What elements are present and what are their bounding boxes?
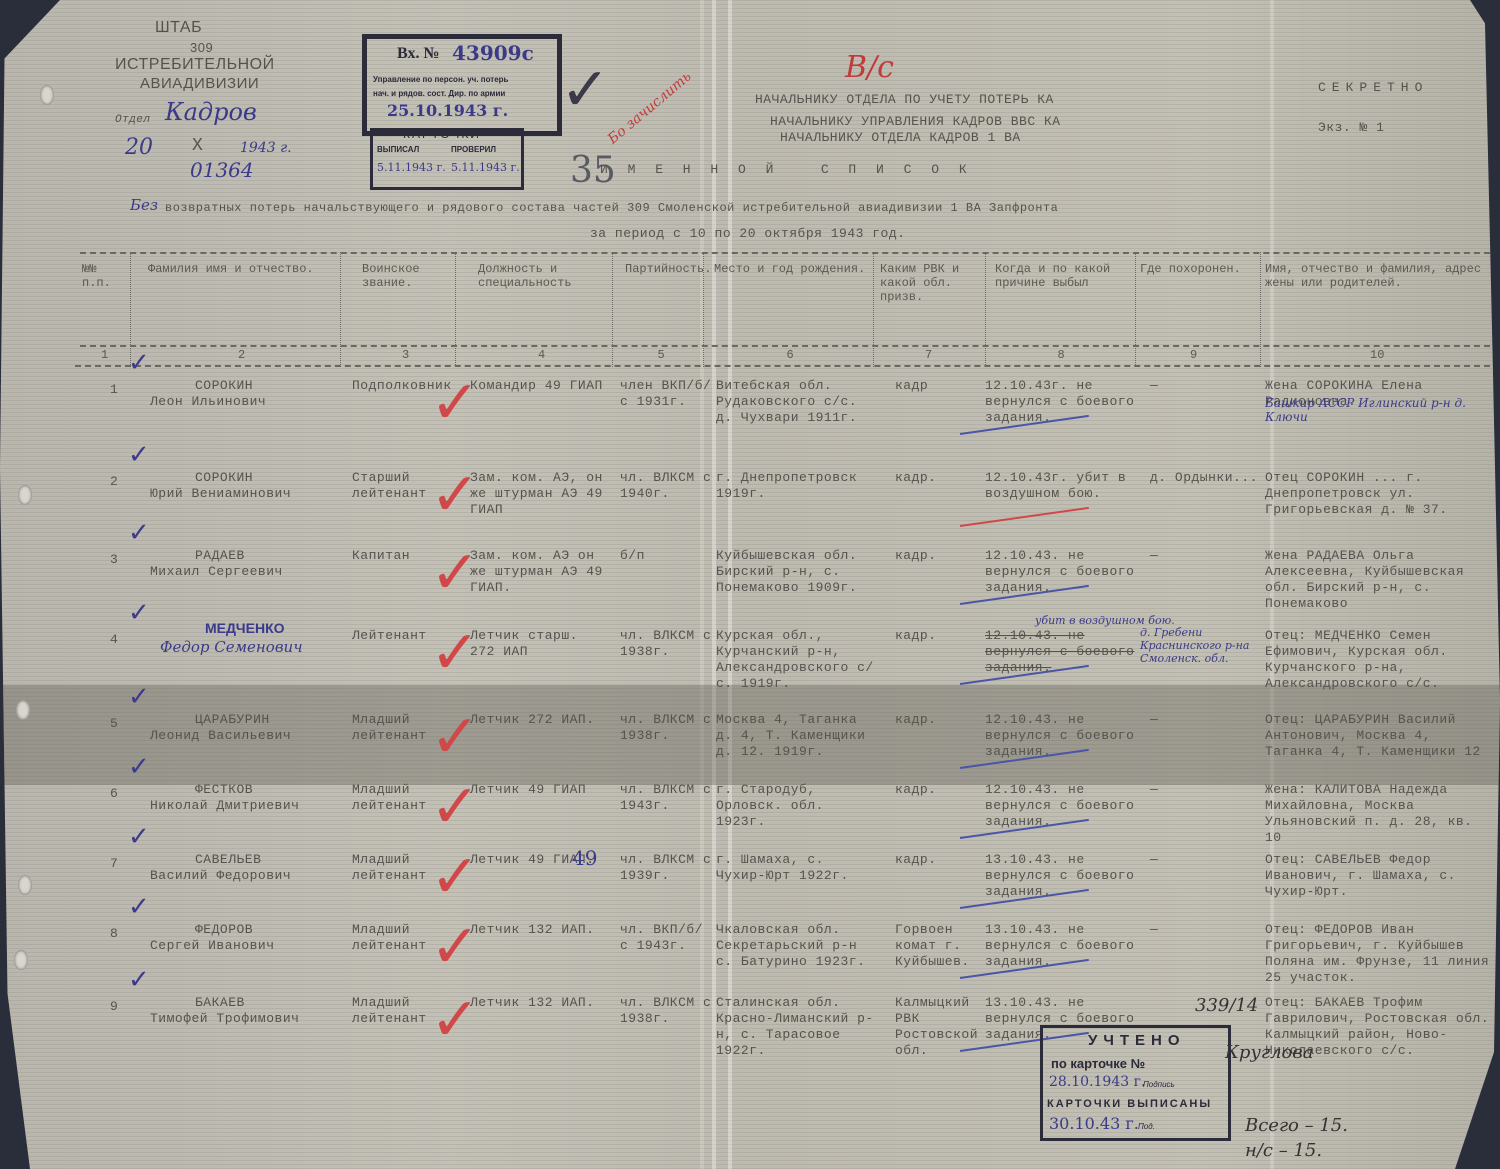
red-note: В/с [845,50,894,85]
punch-hole [40,85,54,105]
incoming-number: 43909с [452,41,534,65]
card-col2: ПРОВЕРИЛ [451,145,496,154]
card-val1: 5.11.1943 г. [377,161,446,174]
row-number: 6 [110,786,118,802]
header-number-7: 7 [925,348,932,362]
person-buried: д. Ордынки... [1150,470,1260,486]
header-6: Место и год рождения. [714,262,869,276]
dept-value: Кадров [165,98,257,126]
person-party: чл. ВЛКСМ с 1938г. [620,712,715,744]
row-number: 3 [110,552,118,568]
incoming-prefix: Вх. № [397,45,440,63]
sender-line1: ШТАБ [155,20,202,36]
row-number: 9 [110,999,118,1015]
person-name: Тимофей Трофимович [150,1011,299,1027]
outgoing-number: 01364 [190,158,254,182]
person-position: Летчик старш. 272 ИАП [470,628,605,660]
person-name-hw: Федор Семенович [160,638,303,656]
cards-date: 30.10.43 г. [1049,1114,1139,1133]
person-rvk: Горвоен комат г. Куйбышев. [895,922,990,970]
header-number-1: 1 [101,348,108,362]
accounted-stamp: УЧТЕНО по карточке № 28.10.1943 г. Подпи… [1040,1025,1231,1141]
person-name: Леонид Васильевич [150,728,291,744]
person-name: Василий Федорович [150,868,291,884]
person-position: Зам. ком. АЭ, он же штурман АЭ 49 ГИАП [470,470,605,518]
person-relatives: Отец: МЕДЧЕНКО Семен Ефимович, Курская о… [1265,628,1490,692]
person-name: Юрий Вениаминович [150,486,291,502]
header-number-6: 6 [787,348,794,362]
person-rank: Капитан [352,548,462,564]
person-rank: Младший лейтенант [352,712,462,744]
checkmark-icon: ✓ [128,682,150,712]
addressee-line1: НАЧАЛЬНИКУ ОТДЕЛА ПО УЧЕТУ ПОТЕРЬ КА [755,92,1054,108]
punch-hole [18,485,32,505]
header-5: Партийность. [625,262,700,276]
person-surname: РАДАЕВ [195,548,245,564]
person-surname: ЦАРАБУРИН [195,712,270,728]
reference-number: 339/14 [1195,995,1258,1016]
accounted-sign-label: Подпись [1143,1080,1175,1089]
header-3: Воинское звание. [362,262,452,290]
person-party: чл. ВЛКСМ с 1938г. [620,995,715,1027]
person-relatives: Отец: САВЕЛЬЕВ Федор Иванович, г. Шамаха… [1265,852,1490,900]
header-number-4: 4 [538,348,545,362]
row-number: 2 [110,474,118,490]
person-birth: г. Стародуб, Орловск. обл. 1923г. [716,782,881,830]
person-birth: Чкаловская обл. Секретарьский р-н с. Бат… [716,922,881,970]
col-divider [340,252,341,367]
row-number: 4 [110,632,118,648]
person-buried: — [1150,922,1260,938]
row-number: 5 [110,716,118,732]
person-reason: 12.10.43г. убит в воздушном бою. [985,470,1145,502]
checkmark-icon: ✓ [128,965,150,995]
person-rank: Подполковник [352,378,462,394]
sender-line2: 309 [190,40,213,56]
person-position: Зам. ком. АЭ он же штурман АЭ 49 ГИАП. [470,548,605,596]
person-relatives: Жена: КАЛИТОВА Надежда Михайловна, Москв… [1265,782,1490,846]
person-birth: Москва 4, Таганка д. 4, Т. Каменщики д. … [716,712,881,760]
classification-copy: Экз. № 1 [1318,120,1384,136]
date-day: 20 [125,135,153,160]
col-divider [455,252,456,367]
col-divider [985,252,986,367]
header-10: Имя, отчество и фамилия, адрес жены или … [1265,262,1485,290]
person-birth: Сталинская обл. Красно-Лиманский р-н, с.… [716,995,881,1059]
person-surname: ФЕДОРОВ [195,922,253,938]
col-divider [612,252,613,367]
person-party: б/п [620,548,715,564]
person-birth: г. Днепропетровск 1919г. [716,470,881,502]
person-rank: Лейтенант [352,628,462,644]
header-number-10: 10 [1370,348,1384,362]
header-9: Где похоронен. [1140,262,1250,276]
person-birth: Курская обл., Курчанский р-н, Александро… [716,628,881,692]
header-number-3: 3 [402,348,409,362]
person-buried: — [1150,378,1260,394]
person-relatives: Жена РАДАЕВА Ольга Алексеевна, Куйбышевс… [1265,548,1490,612]
subtitle-hw: Без [130,196,158,214]
person-rank: Младший лейтенант [352,852,462,884]
person-position: Командир 49 ГИАП [470,378,605,394]
row-number: 7 [110,856,118,872]
date-month: X [192,138,203,154]
person-rank: Младший лейтенант [352,995,462,1027]
incoming-org-line2: нач. и рядов. сост. Дир. по армии [373,89,505,98]
person-name: Сергей Иванович [150,938,275,954]
person-position: Летчик 132 ИАП. [470,995,605,1011]
header-number-9: 9 [1190,348,1197,362]
header-4: Должность и специальность [478,262,608,290]
accounted-signature: Круглова [1225,1042,1314,1063]
accounted-date: 28.10.1943 г. [1049,1074,1145,1090]
person-party: член ВКП/б/ с 1931г. [620,378,715,410]
dept-label: Отдел [115,112,151,128]
doc-period: за период с 10 по 20 октября 1943 год. [590,226,905,242]
doc-title: И М Е Н Н О Й С П И С О К [600,162,973,178]
checkmark-icon: ✓ [128,440,150,470]
person-surname: ФЕСТКОВ [195,782,253,798]
incoming-date: 25.10.1943 г. [387,101,508,120]
person-rank: Младший лейтенант [352,782,462,814]
red-diag-note: Бо зачислить [605,69,695,148]
col-divider [1260,252,1261,367]
person-rank: Старший лейтенант [352,470,462,502]
row-number: 1 [110,382,118,398]
card-val2: 5.11.1943 г. [451,161,520,174]
checkmark-icon: ✓ [128,752,150,782]
underline-mark [960,507,1089,527]
person-surname: БАКАЕВ [195,995,245,1011]
person-buried: — [1150,712,1260,728]
person-party: чл. ВЛКСМ с 1939г. [620,852,715,884]
punch-hole [16,700,30,720]
person-surname: СОРОКИН [195,470,253,486]
header-7: Каким РВК и какой обл. призв. [880,262,980,304]
person-position: Летчик 272 ИАП. [470,712,605,728]
sender-line3: ИСТРЕБИТЕЛЬНОЙ [115,57,275,73]
person-buried: — [1150,782,1260,798]
person-position: Летчик 132 ИАП. [470,922,605,938]
row-number: 8 [110,926,118,942]
person-rvk: кадр. [895,628,990,644]
addressee-line2: НАЧАЛЬНИКУ УПРАВЛЕНИЯ КАДРОВ ВВС КА [770,114,1061,130]
punch-hole [18,875,32,895]
sender-line4: АВИАДИВИЗИИ [140,76,259,92]
incoming-stamp: Вх. № 43909с Управление по персон. уч. п… [362,34,562,136]
person-party: чл. ВКП/б/ с 1943г. [620,922,715,954]
person-party: чл. ВЛКСМ с 1938г. [620,628,715,660]
col-divider [1135,252,1136,367]
checkmark-icon: ✓ [128,348,150,378]
person-buried-hw: д. Гребени Краснинского р-на Смоленск. о… [1140,626,1265,665]
person-name: Леон Ильинович [150,394,266,410]
checkmark-icon: ✓ [128,892,150,922]
incoming-org-line1: Управление по персон. уч. потерь [373,75,508,84]
person-relatives: Отец: ФЕДОРОВ Иван Григорьевич, г. Куйбы… [1265,922,1490,986]
checkmark-icon: ✓ [560,55,610,125]
person-buried: — [1150,852,1260,868]
person-surname: САВЕЛЬЕВ [195,852,261,868]
person-rvk: кадр. [895,470,990,486]
position-hw: 49 [572,846,597,870]
checkmark-icon: ✓ [128,518,150,548]
table-header-line [80,345,1500,347]
person-party: чл. ВЛКСМ с 1940г. [620,470,715,502]
header-number-8: 8 [1058,348,1065,362]
person-rvk: кадр. [895,852,990,868]
person-rvk: кадр. [895,548,990,564]
header-2: Фамилия имя и отчество. [148,262,338,276]
totals-line2: н/с – 15. [1245,1140,1322,1161]
addressee-line3: НАЧАЛЬНИКУ ОТДЕЛА КАДРОВ 1 ВА [780,130,1021,146]
col-divider [873,252,874,367]
person-birth: Куйбышевская обл. Бирский р-н, с. Понема… [716,548,881,596]
checkmark-icon: ✓ [128,598,150,628]
person-rvk: кадр [895,378,990,394]
classification-label: СЕКРЕТНО [1318,80,1428,96]
accounted-title: УЧТЕНО [1088,1032,1186,1049]
card-col1: ВЫПИСАЛ [377,145,419,154]
person-rvk: кадр. [895,782,990,798]
person-name: Николай Дмитриевич [150,798,299,814]
person-surname-hw: МЕДЧЕНКО [205,620,285,636]
doc-subtitle: возвратных потерь начальствующего и рядо… [165,200,1058,216]
table-top-line [80,252,1500,254]
table-number-line [75,365,1500,367]
person-relatives: Отец СОРОКИН ... г. Днепропетровск ул. Г… [1265,470,1490,518]
person-position: Летчик 49 ГИАП [470,782,605,798]
person-relatives-hw: Башкир АССР Иглинский р-н д. Ключи [1265,396,1490,424]
checkmark-icon: ✓ [128,822,150,852]
person-birth: Витебская обл. Рудаковского с/с. д. Чухв… [716,378,881,426]
person-name: Михаил Сергеевич [150,564,283,580]
header-number-2: 2 [238,348,245,362]
person-surname: СОРОКИН [195,378,253,394]
person-rvk: кадр. [895,712,990,728]
card-title: КАРТОЧКИ [403,127,481,141]
accounted-line1: по карточке № [1051,1056,1145,1071]
person-party: чл. ВЛКСМ с 1943г. [620,782,715,814]
header-1: №№ п.п. [82,262,130,290]
cards-sign-label: Под. [1138,1122,1155,1131]
person-birth: г. Шамаха, с. Чухир-Юрт 1922г. [716,852,881,884]
person-rank: Младший лейтенант [352,922,462,954]
totals-line1: Всего – 15. [1245,1115,1348,1136]
person-relatives: Отец: ЦАРАБУРИН Василий Антонович, Москв… [1265,712,1490,760]
date-year: 1943 г. [240,140,292,156]
card-stamp: КАРТОЧКИ ВЫПИСАЛ ПРОВЕРИЛ 5.11.1943 г. 5… [370,128,524,190]
cards-label: КАРТОЧКИ ВЫПИСАНЫ [1047,1098,1212,1110]
punch-hole [14,950,28,970]
header-number-5: 5 [658,348,665,362]
person-buried: — [1150,548,1260,564]
header-8: Когда и по какой причине выбыл [995,262,1130,290]
document-sheet: ШТАБ 309 ИСТРЕБИТЕЛЬНОЙ АВИАДИВИЗИИ Отде… [0,0,1500,1169]
